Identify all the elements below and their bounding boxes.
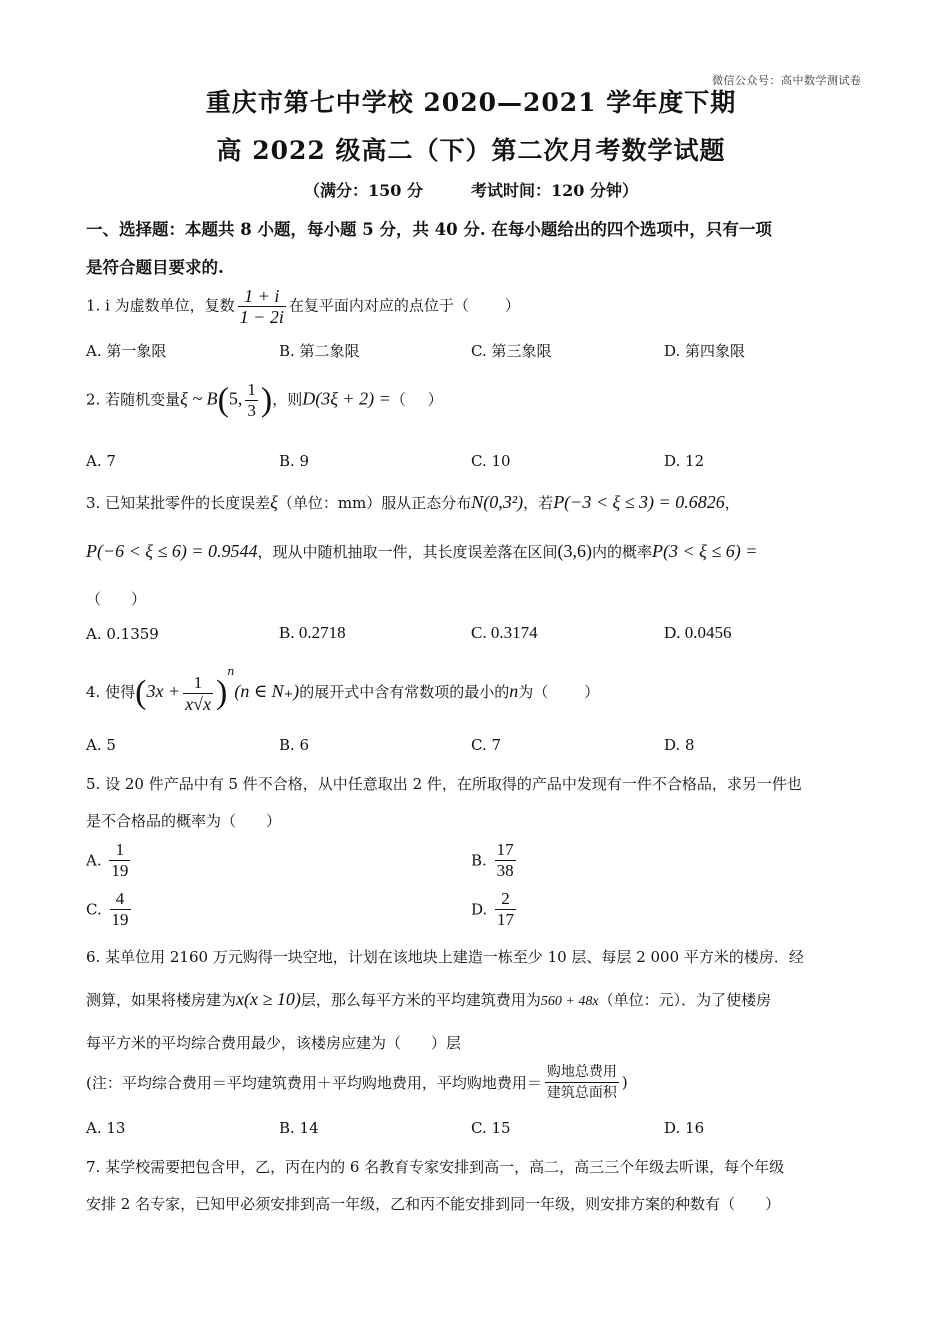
q2-option-a: A. 7 xyxy=(86,452,116,470)
question-6-line2: 测算，如果将楼房建为x(x ≥ 10)层，那么每平方米的平均建筑费用为560 +… xyxy=(86,989,771,1010)
question-1: 1. i 为虚数单位，复数1 + i1 − 2i在复平面内对应的点位于（） xyxy=(86,286,520,327)
q4-option-b: B. 6 xyxy=(279,736,309,754)
q3-option-b: B. 0.2718 xyxy=(279,623,346,643)
question-3-line1: 3. 已知某批零件的长度误差ξ（单位：mm）服从正态分布N(0,3²)，若P(−… xyxy=(86,492,740,513)
question-4: 4. 使得(3x +1x√x)n(n ∈ N₊)的展开式中含有常数项的最小的n为… xyxy=(86,665,599,714)
q4-option-d: D. 8 xyxy=(664,736,695,754)
question-3-line3: （ ） xyxy=(86,588,146,609)
q4-option-c: C. 7 xyxy=(471,736,501,754)
q6-option-a: A. 13 xyxy=(86,1119,125,1137)
q6-option-c: C. 15 xyxy=(471,1119,511,1137)
exam-info: （满分：150 分考试时间：120 分钟） xyxy=(0,178,942,201)
q1-option-d: D. 第四象限 xyxy=(664,340,745,361)
section-heading-line1: 一、选择题：本题共 8 小题，每小题 5 分，共 40 分. 在每小题给出的四个… xyxy=(86,216,772,240)
q3-option-a: A. 0.1359 xyxy=(86,625,159,643)
q5-option-b: B. 1738 xyxy=(471,840,519,881)
q4-option-a: A. 5 xyxy=(86,736,116,754)
q5-option-d: D. 217 xyxy=(471,889,519,930)
question-3-line2: P(−6 < ξ ≤ 6) = 0.9544，现从中随机抽取一件，其长度误差落在… xyxy=(86,541,757,562)
section-heading-line2: 是符合题目要求的. xyxy=(86,254,224,278)
q2-option-c: C. 10 xyxy=(471,452,511,470)
fraction: 1 + i1 − 2i xyxy=(238,286,286,327)
q1-option-a: A. 第一象限 xyxy=(86,340,166,361)
exam-time: 考试时间：120 分钟） xyxy=(471,181,638,200)
full-score: （满分：150 分 xyxy=(304,181,423,200)
q1-option-c: C. 第三象限 xyxy=(471,340,551,361)
question-5-line2: 是不合格品的概率为（ ） xyxy=(86,810,281,831)
question-2: 2. 若随机变量ξ ~ B(5,13)，则D(3ξ + 2) =（） xyxy=(86,380,443,421)
question-5-line1: 5. 设 20 件产品中有 5 件不合格，从中任意取出 2 件，在所取得的产品中… xyxy=(86,773,802,794)
q6-option-d: D. 16 xyxy=(664,1119,704,1137)
question-7-line1: 7. 某学校需要把包含甲，乙，丙在内的 6 名教育专家安排到高一，高二，高三三个… xyxy=(86,1156,784,1177)
exam-title-line2: 高 2022 级高二（下）第二次月考数学试题 xyxy=(0,131,942,167)
exam-page: 微信公众号：高中数学测试卷 重庆市第七中学校 2020—2021 学年度下期 高… xyxy=(0,0,942,1333)
question-6-line1: 6. 某单位用 2160 万元购得一块空地，计划在该地块上建造一栋至少 10 层… xyxy=(86,946,804,967)
question-6-note: (注：平均综合费用＝平均建筑费用＋平均购地费用，平均购地费用＝购地总费用建筑总面… xyxy=(86,1062,628,1103)
q2-option-b: B. 9 xyxy=(279,452,309,470)
question-7-line2: 安排 2 名专家，已知甲必须安排到高一年级，乙和丙不能安排到同一年级，则安排方案… xyxy=(86,1193,780,1214)
q3-option-d: D. 0.0456 xyxy=(664,623,732,643)
exam-title-line1: 重庆市第七中学校 2020—2021 学年度下期 xyxy=(0,83,942,119)
q5-option-a: A. 119 xyxy=(86,840,133,881)
q1-option-b: B. 第二象限 xyxy=(279,340,360,361)
q6-option-b: B. 14 xyxy=(279,1119,319,1137)
q5-option-c: C. 419 xyxy=(86,889,134,930)
question-6-line3: 每平方米的平均综合费用最少，该楼房应建为（ ）层 xyxy=(86,1032,461,1053)
q2-option-d: D. 12 xyxy=(664,452,704,470)
q3-option-c: C. 0.3174 xyxy=(471,623,538,643)
